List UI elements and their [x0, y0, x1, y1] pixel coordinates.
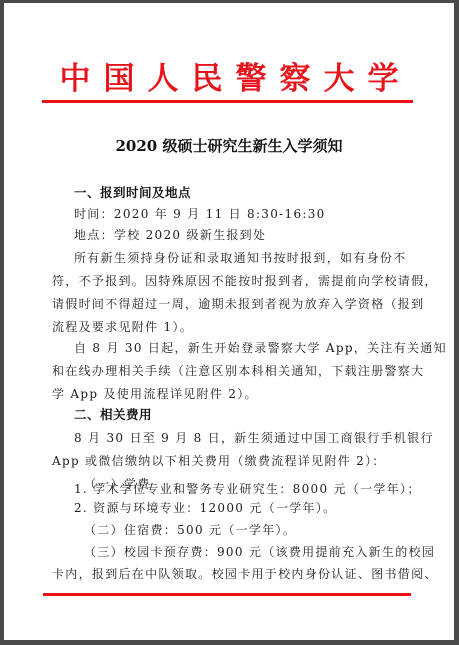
paragraph-line: 学 App 及使用流程详见附件 2）。 — [52, 386, 414, 402]
section-heading-fees: 二、相关费用 — [74, 407, 436, 423]
fee-campus-card: （三）校园卡预存费：900 元（该费用提前充入新生的校园 — [84, 544, 446, 560]
paragraph-line: 8 月 30 日至 9 月 8 日，新生须通过中国工商银行手机银行 — [74, 430, 436, 446]
paragraph-line: 自 8 月 30 日起，新生开始登录警察大学 App，关注有关通知 — [74, 340, 436, 356]
masthead-red-rule — [42, 100, 413, 103]
paragraph-line: 卡内，报到后在中队领取。校园卡用于校内身份认证、图书借阅、 — [52, 566, 414, 582]
paragraph-line: 请假时间不得超过一周，逾期未报到者视为放弃入学资格（报到 — [52, 296, 414, 312]
fee-accommodation: （二）住宿费：500 元（一学年）。 — [84, 522, 446, 538]
footer-red-rule — [43, 593, 411, 596]
document-page: 中国人民警察大学 2020 级硕士研究生新生入学须知 一、报到时间及地点 时间：… — [4, 3, 454, 640]
fee-item-academic: 1. 学术学位专业和警务专业研究生：8000 元（一学年）； — [74, 481, 436, 497]
document-title: 2020 级硕士研究生新生入学须知 — [4, 136, 454, 156]
paragraph-line: 所有新生须持身份证和录取通知书按时报到，如有身份不 — [74, 250, 436, 266]
masthead-university-name: 中国人民警察大学 — [4, 61, 454, 97]
paragraph-line: 和在线办理相关手续（注意区别本科相关通知，下载注册警察大 — [52, 363, 414, 379]
section-heading-registration: 一、报到时间及地点 — [74, 185, 436, 201]
paragraph-line: App 或微信缴纳以下相关费用（缴费流程详见附件 2）： — [52, 453, 414, 469]
paragraph-line: 流程及要求见附件 1）。 — [52, 319, 414, 335]
paragraph-line: 符，不予报到。因特殊原因不能按时报到者，需提前向学校请假， — [52, 273, 414, 289]
registration-time: 时间：2020 年 9 月 11 日 8:30-16:30 — [74, 206, 436, 222]
registration-location: 地点：学校 2020 级新生报到处 — [74, 227, 436, 243]
fee-item-resources: 2. 资源与环境专业：12000 元（一学年）。 — [74, 500, 436, 516]
